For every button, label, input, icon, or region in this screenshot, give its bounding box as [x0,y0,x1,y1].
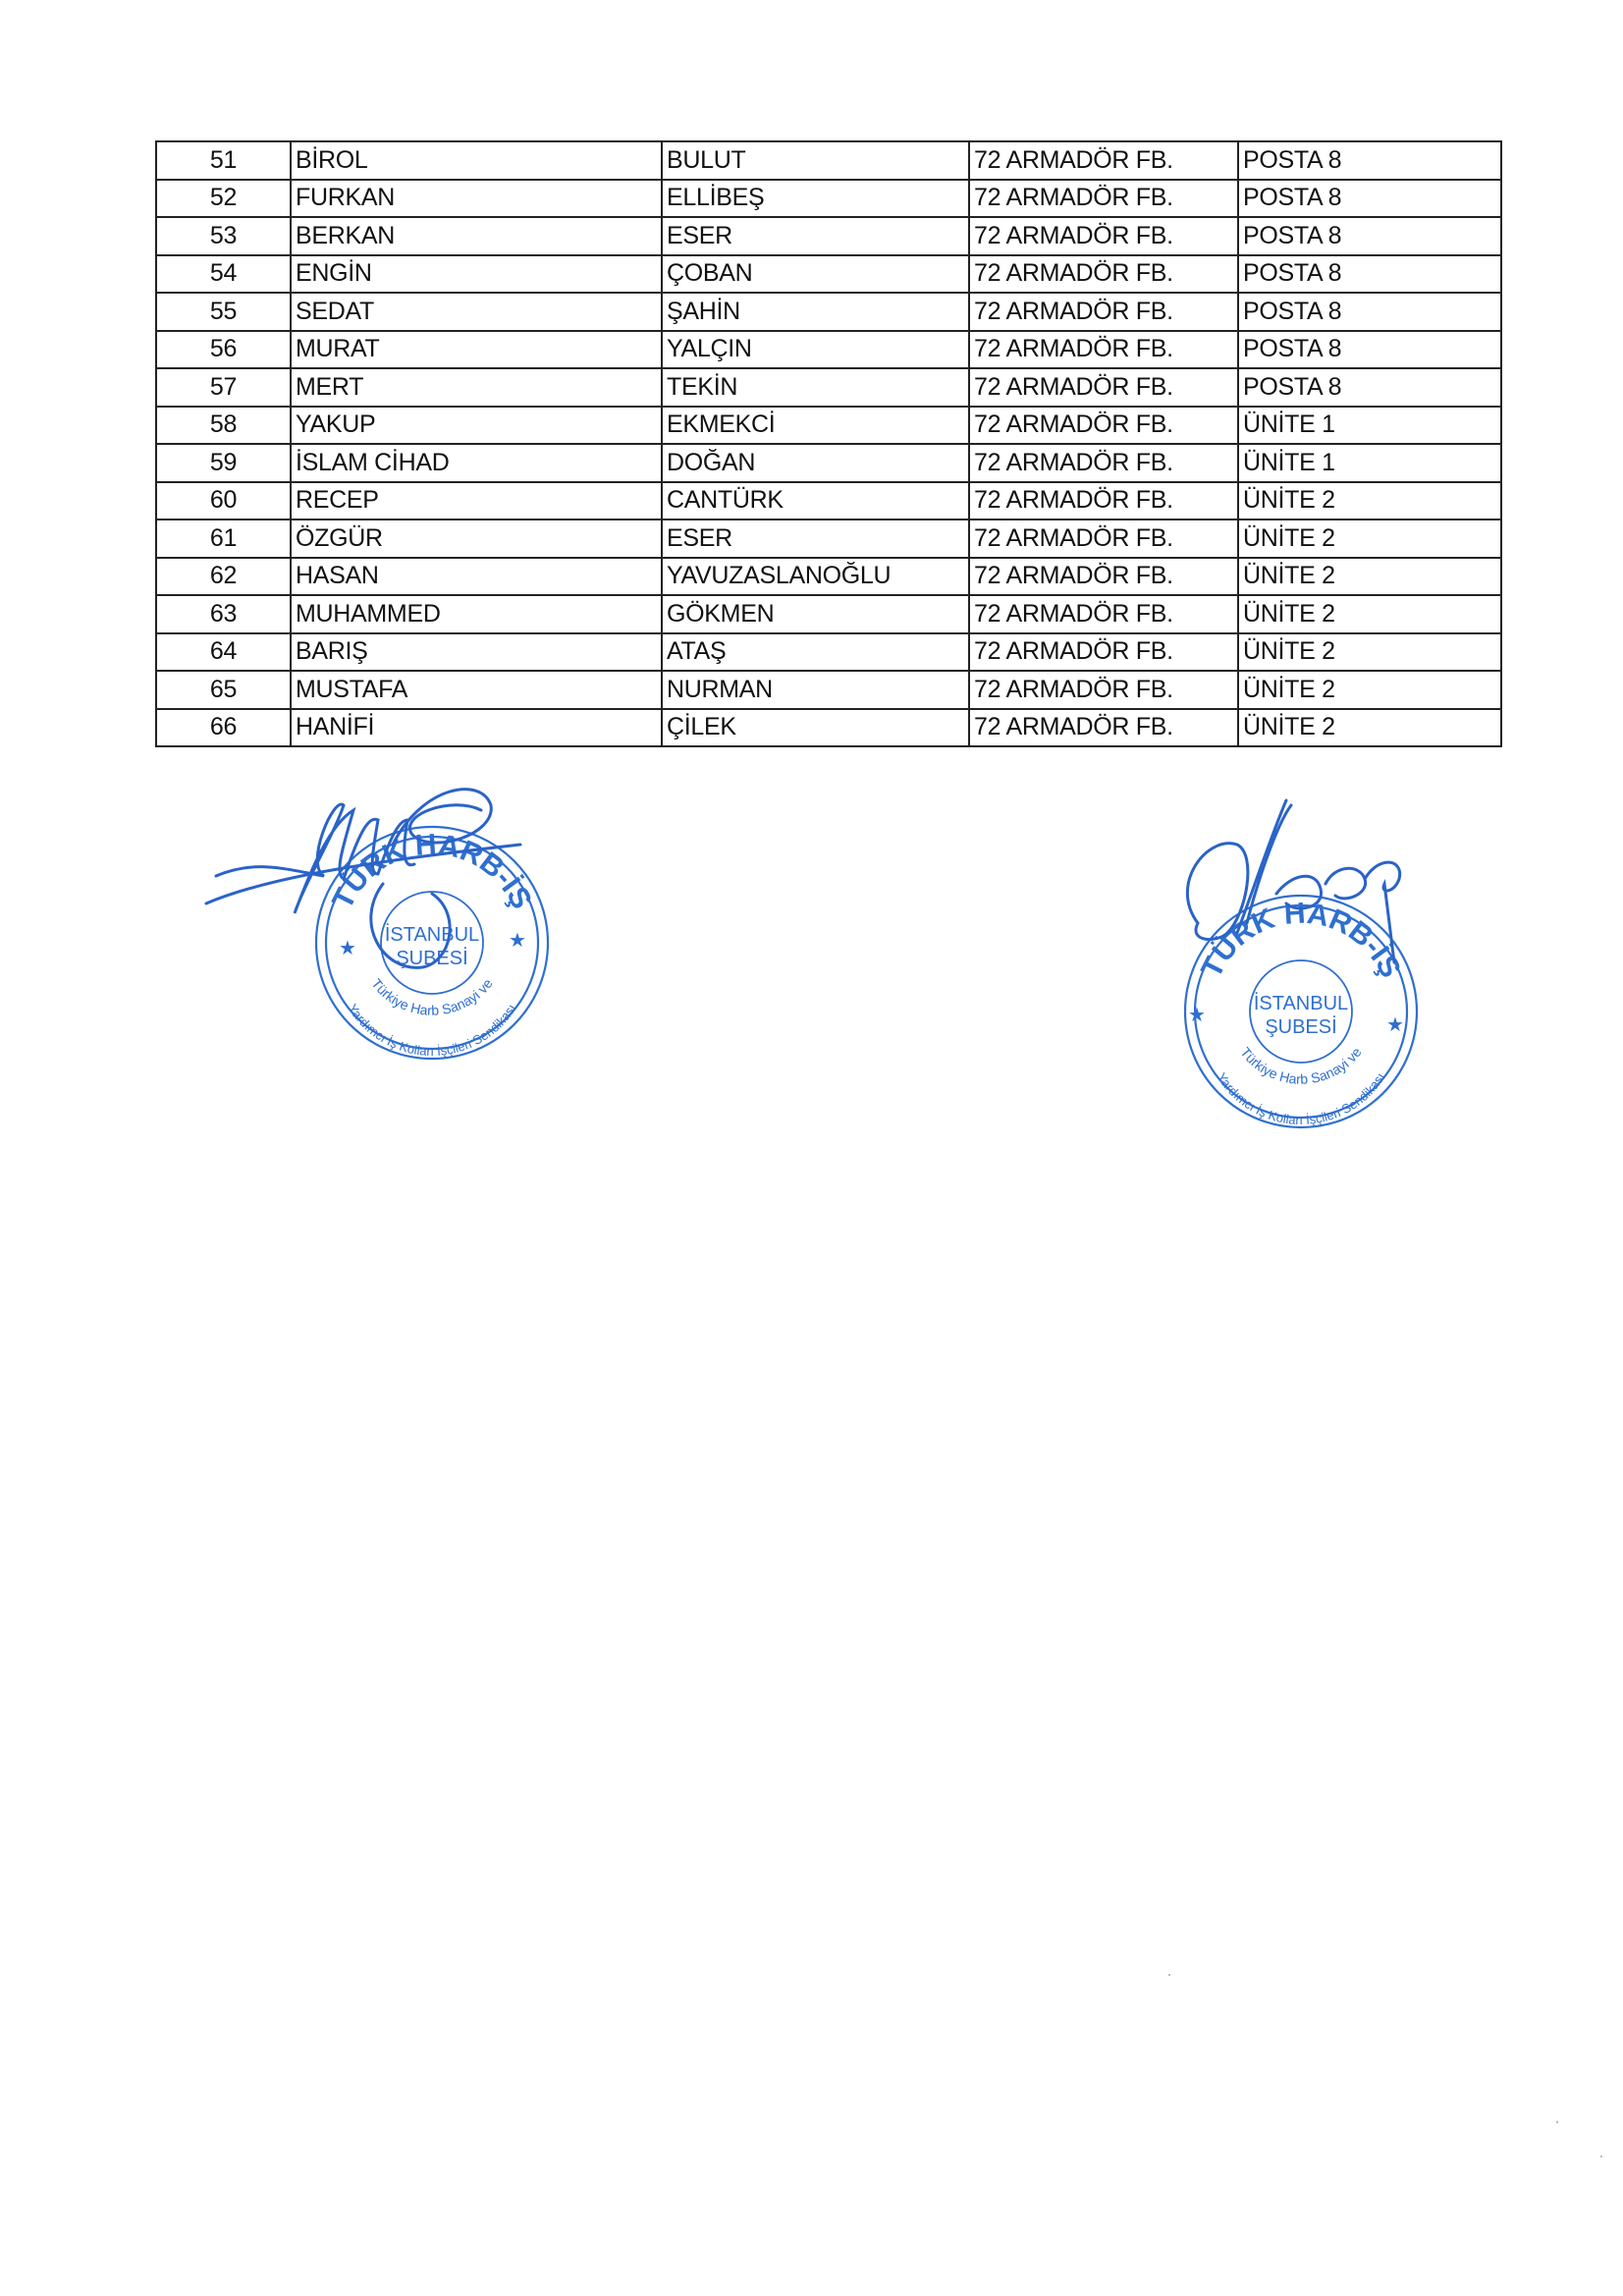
unit-cell: 72 ARMADÖR FB. [969,368,1238,407]
table-row: 65MUSTAFANURMAN72 ARMADÖR FB.ÜNİTE 2 [156,671,1501,709]
section-cell: POSTA 8 [1238,217,1501,255]
table-row: 51BİROLBULUT72 ARMADÖR FB.POSTA 8 [156,141,1501,180]
table-row: 57MERTTEKİN72 ARMADÖR FB.POSTA 8 [156,368,1501,407]
personnel-table-body: 51BİROLBULUT72 ARMADÖR FB.POSTA 852FURKA… [156,141,1501,746]
table-row: 58YAKUPEKMEKCİ72 ARMADÖR FB.ÜNİTE 1 [156,407,1501,445]
unit-cell: 72 ARMADÖR FB. [969,293,1238,331]
unit-cell: 72 ARMADÖR FB. [969,141,1238,180]
unit-cell: 72 ARMADÖR FB. [969,558,1238,596]
section-cell: POSTA 8 [1238,368,1501,407]
row-number: 58 [156,407,291,445]
table-row: 59İSLAM CİHADDOĞAN72 ARMADÖR FB.ÜNİTE 1 [156,444,1501,482]
last-name-cell: ELLİBEŞ [662,180,969,218]
last-name-cell: ATAŞ [662,633,969,672]
row-number: 57 [156,368,291,407]
scan-speck [1168,1974,1170,1976]
scan-speck [1556,2121,1558,2123]
table-row: 63MUHAMMEDGÖKMEN72 ARMADÖR FB.ÜNİTE 2 [156,595,1501,633]
svg-text:TÜRK HARB-İŞ: TÜRK HARB-İŞ [1195,898,1406,983]
first-name-cell: MUSTAFA [291,671,662,709]
unit-cell: 72 ARMADÖR FB. [969,217,1238,255]
row-number: 60 [156,482,291,520]
section-cell: ÜNİTE 1 [1238,444,1501,482]
personnel-table: 51BİROLBULUT72 ARMADÖR FB.POSTA 852FURKA… [155,140,1502,747]
section-cell: ÜNİTE 2 [1238,558,1501,596]
stamp-top-text: TÜRK HARB-İŞ [1195,898,1406,983]
first-name-cell: MERT [291,368,662,407]
unit-cell: 72 ARMADÖR FB. [969,255,1238,294]
first-name-cell: MUHAMMED [291,595,662,633]
table-row: 53BERKANESER72 ARMADÖR FB.POSTA 8 [156,217,1501,255]
row-number: 55 [156,293,291,331]
row-number: 61 [156,519,291,558]
unit-cell: 72 ARMADÖR FB. [969,407,1238,445]
first-name-cell: ENGİN [291,255,662,294]
table-row: 61ÖZGÜRESER72 ARMADÖR FB.ÜNİTE 2 [156,519,1501,558]
first-name-cell: BİROL [291,141,662,180]
unit-cell: 72 ARMADÖR FB. [969,671,1238,709]
union-stamp-left: TÜRK HARB-İŞ Türkiye Harb Sanayi ve Yard… [196,766,609,1080]
section-cell: POSTA 8 [1238,293,1501,331]
star-icon: ★ [339,938,356,959]
table-row: 60RECEPCANTÜRK72 ARMADÖR FB.ÜNİTE 2 [156,482,1501,520]
table-row: 55SEDATŞAHİN72 ARMADÖR FB.POSTA 8 [156,293,1501,331]
table-row: 52FURKANELLİBEŞ72 ARMADÖR FB.POSTA 8 [156,180,1501,218]
row-number: 64 [156,633,291,672]
row-number: 52 [156,180,291,218]
first-name-cell: BARIŞ [291,633,662,672]
unit-cell: 72 ARMADÖR FB. [969,633,1238,672]
row-number: 59 [156,444,291,482]
section-cell: ÜNİTE 2 [1238,482,1501,520]
row-number: 51 [156,141,291,180]
table-row: 56MURATYALÇIN72 ARMADÖR FB.POSTA 8 [156,331,1501,369]
first-name-cell: İSLAM CİHAD [291,444,662,482]
svg-text:Türkiye Harb Sanayi ve: Türkiye Harb Sanayi ve [1237,1044,1365,1087]
last-name-cell: ÇOBAN [662,255,969,294]
row-number: 63 [156,595,291,633]
unit-cell: 72 ARMADÖR FB. [969,482,1238,520]
stamp-center-line1: İSTANBUL [1254,992,1348,1014]
first-name-cell: BERKAN [291,217,662,255]
last-name-cell: ESER [662,217,969,255]
stamp-center-line2: ŞUBESİ [1265,1015,1336,1038]
last-name-cell: TEKİN [662,368,969,407]
first-name-cell: FURKAN [291,180,662,218]
table-row: 64BARIŞATAŞ72 ARMADÖR FB.ÜNİTE 2 [156,633,1501,672]
last-name-cell: DOĞAN [662,444,969,482]
last-name-cell: NURMAN [662,671,969,709]
last-name-cell: ESER [662,519,969,558]
unit-cell: 72 ARMADÖR FB. [969,331,1238,369]
last-name-cell: YAVUZASLANOĞLU [662,558,969,596]
section-cell: ÜNİTE 1 [1238,407,1501,445]
unit-cell: 72 ARMADÖR FB. [969,180,1238,218]
unit-cell: 72 ARMADÖR FB. [969,595,1238,633]
stamp-inner-arc: Türkiye Harb Sanayi ve [1237,1044,1365,1087]
unit-cell: 72 ARMADÖR FB. [969,709,1238,747]
star-icon: ★ [1386,1014,1404,1036]
last-name-cell: EKMEKCİ [662,407,969,445]
row-number: 53 [156,217,291,255]
row-number: 56 [156,331,291,369]
first-name-cell: MURAT [291,331,662,369]
first-name-cell: YAKUP [291,407,662,445]
table-row: 66HANİFİÇİLEK72 ARMADÖR FB.ÜNİTE 2 [156,709,1501,747]
section-cell: ÜNİTE 2 [1238,671,1501,709]
last-name-cell: BULUT [662,141,969,180]
last-name-cell: ÇİLEK [662,709,969,747]
row-number: 62 [156,558,291,596]
union-stamp-right: TÜRK HARB-İŞ Türkiye Harb Sanayi ve Yard… [1129,786,1483,1139]
first-name-cell: HANİFİ [291,709,662,747]
section-cell: ÜNİTE 2 [1238,595,1501,633]
section-cell: POSTA 8 [1238,180,1501,218]
section-cell: ÜNİTE 2 [1238,709,1501,747]
first-name-cell: HASAN [291,558,662,596]
last-name-cell: CANTÜRK [662,482,969,520]
row-number: 66 [156,709,291,747]
table-row: 62HASANYAVUZASLANOĞLU72 ARMADÖR FB.ÜNİTE… [156,558,1501,596]
last-name-cell: GÖKMEN [662,595,969,633]
row-number: 65 [156,671,291,709]
table-row: 54ENGİNÇOBAN72 ARMADÖR FB.POSTA 8 [156,255,1501,294]
star-icon: ★ [1188,1005,1206,1026]
unit-cell: 72 ARMADÖR FB. [969,444,1238,482]
svg-text:Türkiye Harb Sanayi ve: Türkiye Harb Sanayi ve [368,975,496,1018]
unit-cell: 72 ARMADÖR FB. [969,519,1238,558]
last-name-cell: YALÇIN [662,331,969,369]
first-name-cell: ÖZGÜR [291,519,662,558]
first-name-cell: RECEP [291,482,662,520]
section-cell: ÜNİTE 2 [1238,633,1501,672]
section-cell: POSTA 8 [1238,331,1501,369]
section-cell: POSTA 8 [1238,255,1501,294]
section-cell: POSTA 8 [1238,141,1501,180]
row-number: 54 [156,255,291,294]
section-cell: ÜNİTE 2 [1238,519,1501,558]
stamp-center-line1: İSTANBUL [385,923,479,946]
star-icon: ★ [509,930,526,952]
first-name-cell: SEDAT [291,293,662,331]
stamp-inner-arc: Türkiye Harb Sanayi ve [368,975,496,1018]
scan-speck [1600,2156,1602,2158]
last-name-cell: ŞAHİN [662,293,969,331]
